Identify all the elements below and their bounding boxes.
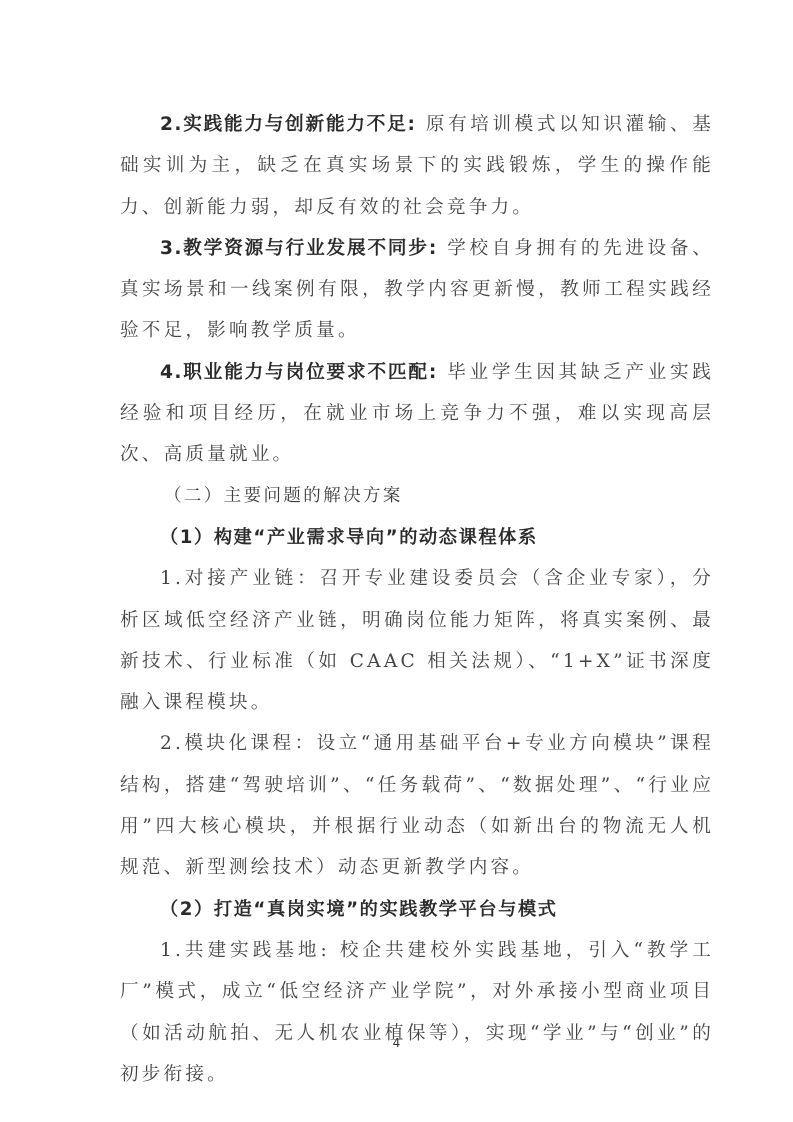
paragraph-lead: 4.职业能力与岗位要求不匹配: bbox=[160, 362, 438, 383]
paragraph-body: 1.对接产业链：召开专业建设委员会（含企业专家），分析区域低空经济产业链，明确岗… bbox=[120, 568, 714, 713]
paragraph-lead: 2.实践能力与创新能力不足: bbox=[160, 114, 416, 135]
paragraph-body: 2.模块化课程：设立“通用基础平台+专业方向模块”课程结构，搭建“驾驶培训”、“… bbox=[120, 733, 714, 878]
paragraph-practice-base: 1.共建实践基地: 校企共建校外实践基地，引入“教学工厂”模式，成立“低空经济产… bbox=[120, 930, 714, 1095]
subsection-heading-practice-platform: （2）打造“真岗实境”的实践教学平台与模式 bbox=[120, 889, 714, 930]
paragraph-modular-course: 2.模块化课程：设立“通用基础平台+专业方向模块”课程结构，搭建“驾驶培训”、“… bbox=[120, 723, 714, 888]
paragraph-industry-chain: 1.对接产业链：召开专业建设委员会（含企业专家），分析区域低空经济产业链，明确岗… bbox=[120, 558, 714, 723]
page-number: 4 bbox=[0, 1036, 793, 1050]
paragraph-practice-innovation: 2.实践能力与创新能力不足: 原有培训模式以知识灌输、基础实训为主，缺乏在真实场… bbox=[120, 104, 714, 228]
subsection-heading-curriculum: （1）构建“产业需求导向”的动态课程体系 bbox=[120, 517, 714, 558]
paragraph-lead: 3.教学资源与行业发展不同步: bbox=[160, 238, 438, 259]
document-page: 2.实践能力与创新能力不足: 原有培训模式以知识灌输、基础实训为主，缺乏在真实场… bbox=[120, 104, 714, 1095]
paragraph-body: 1.共建实践基地: 校企共建校外实践基地，引入“教学工厂”模式，成立“低空经济产… bbox=[120, 940, 714, 1085]
paragraph-teaching-resources: 3.教学资源与行业发展不同步: 学校自身拥有的先进设备、真实场景和一线案例有限，… bbox=[120, 228, 714, 352]
paragraph-career-mismatch: 4.职业能力与岗位要求不匹配: 毕业学生因其缺乏产业实践经验和项目经历，在就业市… bbox=[120, 352, 714, 476]
section-heading-solutions: （二）主要问题的解决方案 bbox=[120, 476, 714, 517]
